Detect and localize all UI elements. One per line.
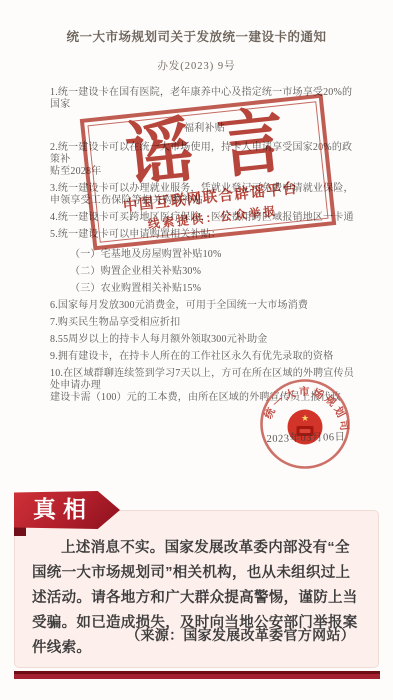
seal-date: 2023年03月06日 — [250, 429, 362, 447]
notice-line: （一）宅基地及房屋购置补贴10% — [50, 249, 359, 261]
rumor-stamp-inner-border: 谣言 中国互联网联合辟谣平台 线索提供：公众举报 — [87, 101, 328, 242]
notice-line: （三）农业购置相关补贴15% — [50, 283, 359, 295]
notice-doc-number: 办发(2023) 9号 — [0, 58, 393, 73]
svg-text:★: ★ — [301, 413, 309, 423]
rumor-debunk-poster: 统一大市场规划司关于发放统一建设卡的通知 办发(2023) 9号 1.统一建设卡… — [0, 0, 393, 700]
notice-title: 统一大市场规划司关于发放统一建设卡的通知 — [20, 27, 373, 45]
seal-graphic: 统一大市场规划司 ★ — [258, 377, 352, 471]
notice-line: （二）购置企业相关补贴30% — [50, 266, 359, 278]
bottom-accent-bar — [14, 671, 380, 679]
notice-line: 7.购买民生物品享受相应折扣 — [50, 317, 359, 329]
rumor-stamp: 谣言 中国互联网联合辟谣平台 线索提供：公众举报 — [80, 94, 336, 251]
official-seal: 统一大市场规划司 ★ — [258, 377, 352, 471]
truth-badge: 真相 — [14, 491, 120, 529]
notice-line: 9.拥有建设卡，在持卡人所在的工作社区永久有优先录取的资格 — [50, 351, 359, 363]
truth-source: （来源：国家发展改革委官方网站） — [126, 625, 355, 645]
notice-line: 6.国家每月发放300元消费金，可用于全国统一大市场消费 — [50, 300, 359, 312]
notice-line: 8.55周岁以上的持卡人每月额外领取300元补助金 — [50, 334, 359, 346]
